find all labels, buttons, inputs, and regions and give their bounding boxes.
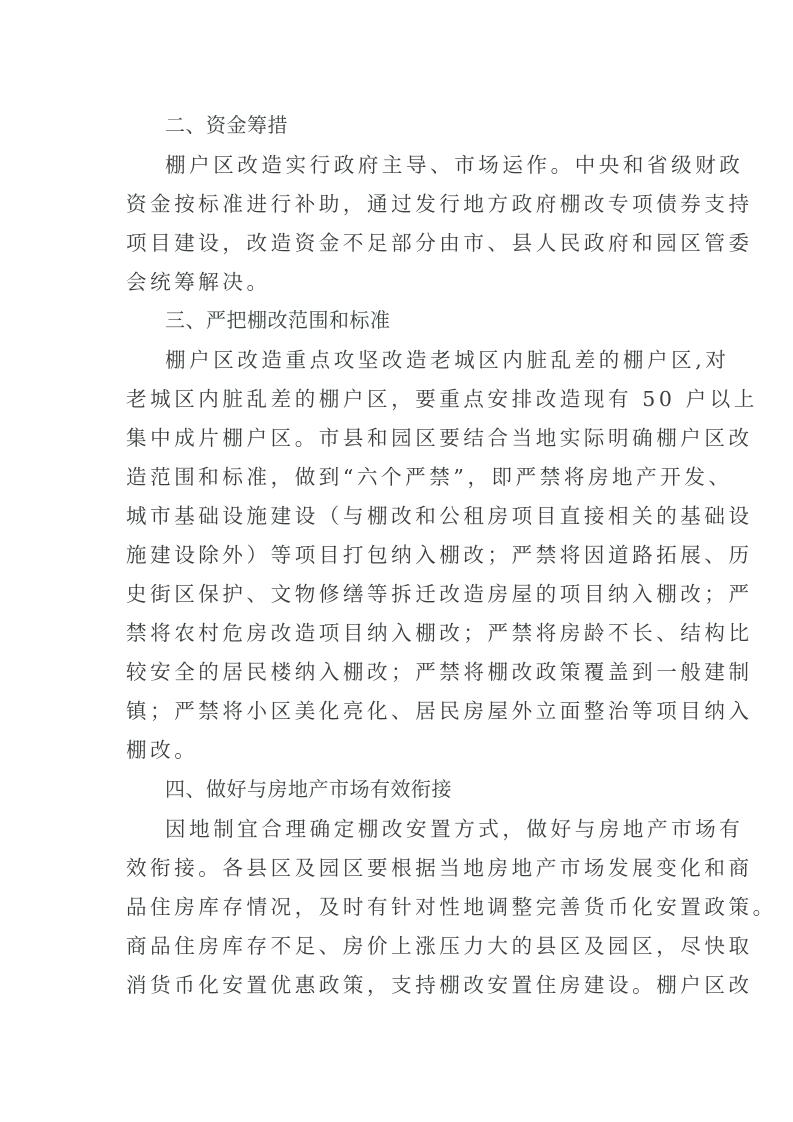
paragraph-line: 禁将农村危房改造项目纳入棚改；严禁将房龄不长、结构比 xyxy=(126,620,694,646)
paragraph-line: 会统筹解决。 xyxy=(126,269,694,295)
paragraph-line: 效衔接。各县区及园区要根据当地房地产市场发展变化和商 xyxy=(126,855,694,881)
paragraph-line: 史街区保护、文物修缮等拆迁改造房屋的项目纳入棚改；严 xyxy=(126,581,694,607)
paragraph-line: 造范围和标准，做到“六个严禁”，即严禁将房地产开发、 xyxy=(126,464,694,490)
paragraph-line: 棚户区改造实行政府主导、市场运作。中央和省级财政 xyxy=(165,152,733,178)
paragraph-line: 城市基础设施建设（与棚改和公租房项目直接相关的基础设 xyxy=(126,503,694,529)
paragraph-line: 棚户区改造重点攻坚改造老城区内脏乱差的棚户区,对 xyxy=(165,347,733,373)
paragraph-line: 消货币化安置优惠政策，支持棚改安置住房建设。棚户区改 xyxy=(126,972,694,998)
paragraph-line: 品住房库存情况，及时有针对性地调整完善货币化安置政策。 xyxy=(126,894,694,920)
paragraph-line: 镇；严禁将小区美化亮化、居民房屋外立面整治等项目纳入 xyxy=(126,698,694,724)
paragraph-line: 施建设除外）等项目打包纳入棚改；严禁将因道路拓展、历 xyxy=(126,542,694,568)
paragraph-line: 因地制宜合理确定棚改安置方式，做好与房地产市场有 xyxy=(165,816,733,842)
paragraph-line: 项目建设，改造资金不足部分由市、县人民政府和园区管委 xyxy=(126,230,694,256)
paragraph-line: 集中成片棚户区。市县和园区要结合当地实际明确棚户区改 xyxy=(126,425,694,451)
paragraph-line: 资金按标准进行补助，通过发行地方政府棚改专项债券支持 xyxy=(126,191,694,217)
paragraph-line: 商品住房库存不足、房价上涨压力大的县区及园区，尽快取 xyxy=(126,933,694,959)
paragraph-line: 较安全的居民楼纳入棚改；严禁将棚改政策覆盖到一般建制 xyxy=(126,659,694,685)
section-heading-real-estate-market: 四、做好与房地产市场有效衔接 xyxy=(165,776,733,802)
section-heading-scope-standards: 三、严把棚改范围和标准 xyxy=(165,307,733,333)
section-heading-funding: 二、资金筹措 xyxy=(165,112,733,138)
document-page: 二、资金筹措 棚户区改造实行政府主导、市场运作。中央和省级财政 资金按标准进行补… xyxy=(0,0,793,1122)
paragraph-line: 棚改。 xyxy=(126,737,694,763)
paragraph-line: 老城区内脏乱差的棚户区，要重点安排改造现有 50 户以上 xyxy=(126,386,694,412)
